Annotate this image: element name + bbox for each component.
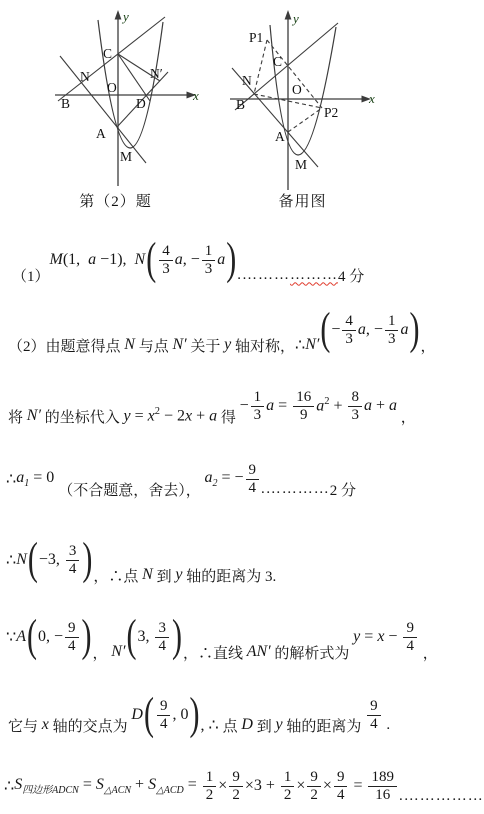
left-paren: ( [27, 616, 37, 659]
math-run: N [124, 336, 135, 354]
figure-problem2: y x C N N′ B O D A M [28, 4, 203, 190]
therefore-symbol: ∴ [4, 776, 14, 796]
fraction: 94 [334, 769, 348, 804]
point-label-C: C [103, 46, 112, 61]
math-run: a1 = 0 [16, 469, 58, 489]
left-paren: ( [126, 616, 136, 659]
math-run: − [240, 397, 249, 415]
text-run: 到 [153, 565, 176, 586]
text-run: 的解析式为 [271, 642, 354, 663]
score-mark: 2 分 [330, 479, 356, 500]
figure-spare: y x P1 C N B O P2 A M [225, 4, 380, 194]
math-run: 0, − [38, 628, 63, 646]
equation-run: y = x2 − 2x + a [123, 406, 217, 425]
text-run: ，∴直线 [183, 642, 247, 663]
figure2-caption: 备用图 [225, 190, 380, 211]
math-run: a2 = − [204, 469, 243, 489]
solution-line-5: ∴ N ( −3, 34 ) ，∴点 N 到 y 轴的距离为 3. [6, 532, 276, 588]
y-axis-arrow-icon [285, 10, 292, 20]
item-number: （1） [12, 265, 50, 286]
math-run: , ∴ [200, 715, 222, 735]
figure1-caption: 第（2）题 [28, 190, 203, 211]
right-paren: ) [189, 694, 199, 737]
fraction: 18916 [368, 769, 397, 804]
math-run: S四边形ADCN = S△ACN + S△ACD = [14, 776, 201, 796]
text-run: 它与 [8, 715, 42, 736]
y-axis-arrow-icon [115, 10, 122, 20]
fraction: 13 [202, 243, 216, 278]
point-label-A: A [275, 129, 285, 144]
solution-line-7: 它与 x 轴的交点为 D ( 94 , 0 ) , ∴ 点 D 到 y 轴的距离… [8, 686, 390, 744]
fraction: 34 [66, 543, 80, 578]
line-CD [118, 54, 150, 101]
point-label-N: N [242, 73, 252, 88]
point-label-B: B [61, 96, 70, 111]
text-run: 关于 [187, 335, 225, 356]
math-run: = [349, 777, 366, 795]
because-symbol: ∵ [6, 627, 16, 647]
text-run: 得 [217, 406, 240, 427]
dot-leader: .………… [261, 481, 330, 498]
solution-line-2: （2）由题意得点 N 与点 N′ 关于 y 轴对称， ∴ N′ ( − 43 a… [8, 301, 435, 359]
text-run: （不合题意，舍去）， [58, 479, 204, 500]
fraction: 94 [246, 462, 260, 497]
fraction: 94 [65, 620, 79, 655]
text-run: ， [93, 642, 112, 663]
right-paren: ) [82, 616, 92, 659]
point-label-D: D [136, 96, 146, 111]
math-run: a + a [364, 397, 397, 415]
point-label-M: M [120, 149, 132, 164]
dot-leader-underlined: ……… [290, 267, 338, 284]
math-run: a, − [358, 321, 383, 339]
fraction: 92 [307, 769, 321, 804]
math-run: a = [266, 397, 291, 415]
right-paren: ) [409, 309, 419, 352]
math-run: a, − [175, 251, 200, 269]
math-run: N [16, 551, 27, 569]
fraction: 43 [342, 313, 356, 348]
text-run: 轴的距离为 3. [182, 565, 276, 586]
fraction: 92 [229, 769, 243, 804]
solution-line-8: ∴ S四边形ADCN = S△ACN + S△ACD = 12 × 92 ×3 … [4, 762, 484, 810]
solution-line-3: 将 N′ 的坐标代入 y = x2 − 2x + a 得 − 13 a = 16… [8, 381, 416, 431]
point-label-Nprime: N′ [150, 66, 163, 81]
text-run: 到 [253, 715, 276, 736]
math-run: y [175, 566, 182, 584]
text-run: 轴的交点为 [49, 715, 132, 736]
point-label-B: B [236, 97, 245, 112]
text-run: ， [420, 335, 435, 356]
math-run: × [296, 777, 305, 795]
point-label-C: C [273, 54, 282, 69]
y-axis-label: y [291, 11, 299, 26]
text-run: 点 [223, 715, 242, 736]
point-label-A: A [96, 126, 106, 141]
math-run: − [331, 321, 340, 339]
solution-line-1: （1） M(1, a −1), N ( 43 a, − 13 a ) .……… … [12, 232, 364, 288]
right-paren: ) [82, 539, 92, 582]
text-run: ，∴点 [93, 565, 142, 586]
point-label-P2: P2 [324, 105, 338, 120]
text-run: 的坐标代入 [41, 406, 124, 427]
left-paren: ( [146, 239, 156, 282]
document-page: y x C N N′ B O D A M 第（2）题 y x P1 C N B … [0, 0, 484, 814]
therefore-symbol: ∴ [6, 469, 16, 489]
math-run: x [42, 716, 49, 734]
text-run: （2）由题意得点 [8, 335, 124, 356]
math-run: a [217, 251, 225, 269]
fraction: 34 [155, 620, 169, 655]
math-run: ×3 + [245, 777, 279, 795]
math-run: N′ [172, 336, 186, 354]
math-run: a2 + [316, 396, 346, 415]
text-run: . [383, 717, 391, 734]
right-paren: ) [226, 239, 236, 282]
point-label-O: O [292, 82, 302, 97]
text-run: 与点 [135, 335, 173, 356]
left-paren: ( [144, 694, 154, 737]
math-run: , 0 [172, 706, 188, 724]
therefore-symbol: ∴ [6, 550, 16, 570]
left-paren: ( [320, 309, 330, 352]
dot-leader: .……………… [399, 788, 484, 805]
solution-line-4: ∴ a1 = 0 （不合题意，舍去）， a2 = − 94 .………… 2 分 [6, 453, 356, 505]
math-run: AN′ [247, 643, 271, 661]
right-paren: ) [172, 616, 182, 659]
y-axis-label: y [121, 9, 129, 24]
point-label-O: O [107, 80, 117, 95]
math-run: D [131, 706, 143, 724]
math-run: N′ [27, 407, 41, 425]
math-run: × [323, 777, 332, 795]
math-run: N′ [111, 643, 125, 661]
left-paren: ( [28, 539, 38, 582]
score-mark: 4 分 [338, 265, 364, 286]
fraction: 94 [367, 698, 381, 733]
fraction: 43 [159, 243, 173, 278]
text-run: 轴的距离为 [283, 715, 366, 736]
fraction: 13 [251, 389, 265, 424]
math-run: N′ [305, 336, 319, 354]
text-run: 将 [8, 406, 27, 427]
math-run: −3, [39, 551, 64, 569]
solution-line-6: ∵ A ( 0, − 94 ) ， N′ ( 3, 34 ) ，∴直线 AN′ … [6, 606, 438, 668]
point-label-N: N [80, 69, 90, 84]
math-run: a [400, 321, 408, 339]
fraction: 12 [203, 769, 217, 804]
math-run: A [16, 628, 26, 646]
fraction: 169 [293, 389, 314, 424]
therefore-symbol: ∴ [295, 335, 305, 355]
dash-P1-N [254, 40, 267, 94]
fraction: 94 [157, 698, 171, 733]
equation-run: y = x − [353, 628, 401, 646]
math-run: y [275, 716, 282, 734]
math-run: M(1, a −1), N [50, 251, 146, 269]
point-label-P1: P1 [249, 30, 263, 45]
x-axis-label: x [368, 91, 375, 106]
dot-leader: .……… [237, 267, 290, 284]
text-run: ， [397, 406, 416, 427]
math-run: 3, [137, 628, 153, 646]
point-label-M: M [295, 157, 307, 172]
fraction: 83 [348, 389, 362, 424]
text-run: 轴对称， [231, 335, 295, 356]
math-run: D [241, 716, 253, 734]
text-run: ， [419, 642, 438, 663]
x-axis-label: x [192, 88, 199, 103]
math-run: N [142, 566, 153, 584]
fraction: 13 [385, 313, 399, 348]
math-run: × [218, 777, 227, 795]
math-run: y [224, 336, 231, 354]
fraction: 94 [403, 620, 417, 655]
fraction: 12 [281, 769, 295, 804]
